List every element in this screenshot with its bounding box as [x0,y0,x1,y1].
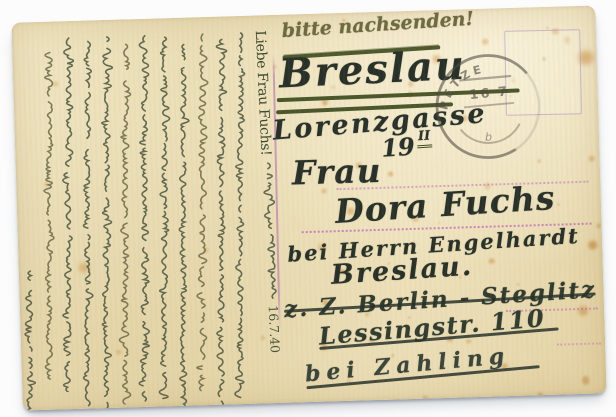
handwriting-line [97,35,117,411]
foxing-spot [482,39,488,46]
foxing-spot [605,215,606,228]
handwriting-line [78,35,98,410]
foxing-spot [546,27,548,29]
foxing-spot [466,339,471,343]
handwriting-line [59,36,79,411]
foxing-spot [322,99,328,105]
foxing-spot [538,392,543,397]
foxing-spot [588,240,597,249]
handwriting-line [135,34,155,411]
foxing-spot [489,259,495,265]
foxing-spot [582,376,589,385]
salutation: Liebe Frau Fuchs! [252,30,274,156]
foxing-spot [589,156,595,162]
handwriting-line [116,34,136,410]
postmark-date: 16 7 [469,84,510,103]
foxing-spot [600,100,607,109]
foxing-spot [606,335,607,343]
handwriting-line [21,37,41,410]
scan-background: Liebe Frau Fuchs! 16.7.40 bitte nachsend… [0,0,616,417]
message-block: Liebe Frau Fuchs! 16.7.40 [18,30,281,410]
postmark-stamp: 16 7 b PETZE [420,47,556,183]
postcard: Liebe Frau Fuchs! 16.7.40 bitte nachsend… [11,5,606,410]
house-number-value: 19 [380,132,415,163]
recipient-city: Breslau. [330,253,474,289]
foxing-spot [557,204,559,206]
foxing-spot [388,171,393,177]
postmark-bar [464,103,514,107]
handwriting-line [155,33,175,410]
foxing-spot [596,224,601,229]
foxing-spot [153,409,158,411]
recipient-title: Frau [291,154,382,190]
handwriting-squiggle [255,161,284,302]
handwriting-line [231,31,251,411]
forwarding-instruction: bitte nachsenden! [281,10,474,41]
postmark-letter: b [485,131,492,144]
handwriting-line [193,32,213,411]
foxing-spot [423,396,428,400]
handwriting-line [212,31,232,410]
message-date: 16.7.40 [266,305,283,353]
handwriting-line [174,33,194,411]
handwriting-line [40,37,60,411]
address-ruled-line [557,342,601,345]
handwriting-lines [22,31,262,411]
